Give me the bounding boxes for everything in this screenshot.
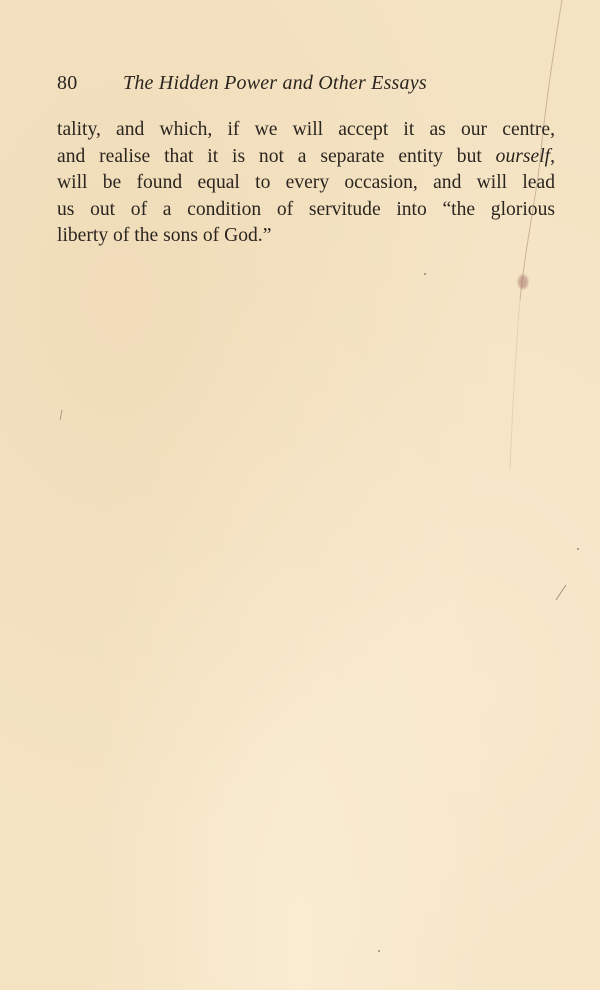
text-line: tality, and which, if we will accept it … <box>57 117 555 144</box>
paper-speck <box>424 273 426 275</box>
running-head: 80 The Hidden Power and Other Essays <box>57 72 427 95</box>
text-line: will be found equal to every occasion, a… <box>57 170 555 197</box>
book-page: 80 The Hidden Power and Other Essays tal… <box>0 0 600 990</box>
paper-stain <box>518 275 528 289</box>
text-fragment: and realise that it is not a separate en… <box>57 146 496 167</box>
body-paragraph: tality, and which, if we will accept it … <box>57 117 555 250</box>
paper-speck <box>378 950 380 952</box>
text-line: and realise that it is not a separate en… <box>57 144 555 171</box>
text-line: liberty of the sons of God.” <box>57 223 555 250</box>
italic-emphasis: ourself <box>496 146 550 167</box>
paper-speck <box>577 548 579 550</box>
text-fragment: , <box>550 146 555 167</box>
text-line: us out of a condition of servitude into … <box>57 197 555 224</box>
page-number: 80 <box>57 72 123 95</box>
running-head-title: The Hidden Power and Other Essays <box>123 72 427 95</box>
